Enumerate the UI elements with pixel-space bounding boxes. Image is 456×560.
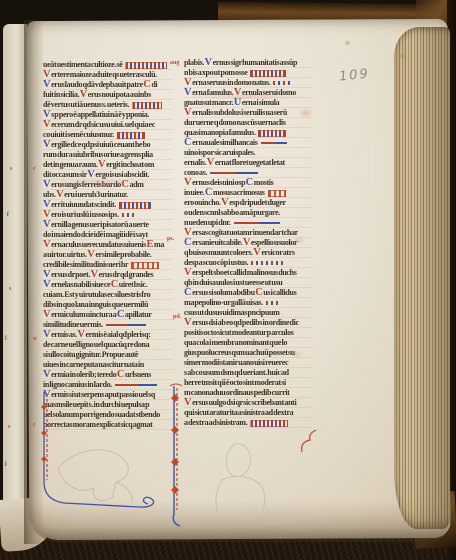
text-segment: ersus uulgo dsi qr sic scribebant anti: [192, 398, 296, 407]
margin-mark: c: [33, 166, 36, 172]
manuscript-line: credibile similitudinis ueri hr: [43, 260, 173, 270]
line-filler-ornament: [125, 62, 167, 69]
manuscript-line: Versas cogitat uotamr inuendar tchar: [184, 228, 312, 238]
manuscript-line: ero ouincho. Vesp dr ipudet duger: [184, 198, 312, 208]
text-segment: cono as.: [184, 168, 207, 177]
text-segment: quasi manopia famulus.: [184, 128, 255, 137]
line-filler-ornament: [273, 81, 293, 85]
manuscript-line: do i maiendo dcie idē i magii idē i sayt: [43, 230, 173, 240]
manuscript-line: simer modii stanir uano uisi reuerec: [184, 358, 312, 368]
manuscript-line: dibs in quo lana innguis que uermilū: [43, 300, 173, 310]
manuscript-line: gius puolucreus qsm uachuū posset su: [184, 348, 312, 358]
manuscript-line: qb in duisa uulos i ust ueesse ut usu: [184, 278, 312, 288]
manuscript-line: qua cola i membra nominant q ue lo: [184, 338, 312, 348]
line-filler-ornament: [131, 262, 159, 269]
text-segment: herre tmsit q ii ē octo sint moderat si: [184, 378, 286, 387]
colored-initial: C: [121, 180, 129, 190]
text-segment: ernelas nabili siue ce: [51, 280, 111, 289]
text-segment: erus ungis ferreis burdo: [51, 180, 121, 189]
faint-sketch-figure: [204, 440, 276, 516]
manuscript-line: ma pepolino-ur gallā uisas.: [184, 298, 312, 308]
text-segment: q buisos muunt coloers.: [184, 248, 253, 257]
text-segment: ertere maioze ad uite qs ueterasculū.: [51, 70, 157, 79]
colored-initial: C: [246, 178, 254, 188]
line-filler-ornament: [115, 384, 157, 386]
text-segment: in uiee.: [184, 188, 205, 197]
text-segment: ernus deis uini osp: [192, 178, 246, 187]
text-segment: espellio usuolor: [251, 238, 297, 247]
manuscript-line: n bis a xpo ut pom osse: [184, 68, 312, 78]
colored-initial: V: [43, 280, 51, 290]
text-segment: ermis as.: [51, 330, 77, 339]
text-segment: n ueden upi dnr.: [184, 218, 231, 227]
manuscript-line: similitudine uermis.: [43, 320, 173, 330]
colored-initial: V: [43, 120, 51, 130]
text-segment: ersimile probabile.: [95, 250, 151, 259]
colored-initial: V: [234, 88, 242, 98]
colored-initial: V: [80, 90, 88, 100]
text-segment: qui sicut aratur ita a sinistra ad dextr…: [184, 408, 293, 417]
text-segment: ero is uri uslū i ussos ips.: [51, 210, 119, 219]
text-segment: ernauale similhancais: [192, 138, 257, 147]
colored-initial: V: [43, 330, 51, 340]
manuscript-line: si ullo coitu gignitur. Propue autē: [43, 350, 173, 360]
manuscript-line: csus ut dusus uidimas pncipuum: [184, 308, 312, 318]
photograph-of-manuscript-opening: { "page": { "folio_number_pencil": "109"…: [0, 0, 456, 560]
text-segment: ernula serui domo: [242, 88, 296, 97]
manuscript-line: Vero is uri uslū i ussos ips.: [43, 210, 173, 220]
text-segment: qb in duisa uulos i ust ueesse ut usu: [184, 278, 282, 287]
manuscript-line: positis octo sicut modeantur p arculos: [184, 328, 312, 338]
colored-initial: V: [43, 270, 51, 280]
text-segment: ergo is usi abscidit.: [95, 170, 149, 179]
text-segment: ermis ē aial qd plerisq:: [86, 330, 151, 339]
manuscript-line: herre tmsit q ii ē octo sint moderat si: [184, 378, 312, 388]
colored-initial: V: [243, 238, 251, 248]
margin-mark: ſ: [7, 212, 9, 218]
text-segment: mostis: [254, 178, 274, 187]
manuscript-line: Versus dr poet. Verus dr qd grandes: [43, 270, 173, 280]
text-segment: ernilla genus ueri pisatorū a uerte: [51, 220, 149, 229]
text-segment: det in genua raum.: [43, 160, 98, 169]
text-segment: desp a scuo cōp i ustus.: [184, 258, 248, 267]
text-segment: ergit inchoat om: [106, 160, 154, 169]
manuscript-line: Versus dsi ab eo qd pedibs in ordine dic: [184, 318, 312, 328]
manuscript-line: uino ispor sic aruispales.: [184, 148, 312, 158]
text-segment: si ullo coitu gignitur. Propue autē: [43, 350, 138, 359]
manuscript-line: Vernelas nabili siue ce Cuiret bsic.: [43, 280, 173, 290]
manuscript-line: det in genua raum. Vergit inchoat om: [43, 160, 173, 170]
line-filler-ornament: [261, 142, 287, 144]
text-segment: cuiam. Est y uirutulas ec siluestris fro: [43, 290, 150, 299]
manuscript-line: m canonaduu ordinaus pedib currit: [184, 388, 312, 398]
colored-initial: C: [205, 188, 213, 198]
text-segment: a uirtor. uirtus.: [43, 250, 87, 259]
text-segment: erus noui pota a uinbs: [88, 90, 151, 99]
colored-initial: C: [184, 288, 192, 298]
manuscript-line: Vernaculus uerecundatus uiuenis Ema: [43, 240, 173, 250]
text-segment: urlsuens: [125, 370, 151, 379]
line-filler-ornament: [117, 132, 145, 139]
manuscript-line: fuit in sicilia. Verus noui pota a uinbs: [43, 90, 173, 100]
text-segment: ersanie uitcabile.: [192, 238, 243, 247]
text-segment: ernus sigr humanitatis assūp: [213, 58, 297, 67]
colored-initial: V: [43, 240, 51, 250]
text-segment: errit uiuundat scindit.: [51, 200, 116, 209]
text-segment: eru i uerub3 urinatur.: [64, 190, 128, 199]
text-segment: erus dr qd grandes: [99, 270, 154, 279]
margin-mark: pd.: [173, 314, 181, 320]
manuscript-line: ueāt uestimenta cultioze. sē: [43, 60, 173, 70]
text-segment: positis octo sicut modeantur p arculos: [184, 328, 294, 337]
margin-mark: ps.: [167, 236, 174, 242]
text-segment: ueāt uestimenta cultioze. sē: [43, 60, 122, 69]
text-segment: ernat floret uegetat letat: [215, 158, 285, 167]
text-segment: csus ut dusus uidimas pncipuum: [184, 308, 279, 317]
text-segment: de carne uel ligno uel quacūq re dona: [43, 340, 149, 349]
text-segment: ecerum dr qd sic usu uiui. uel quia ec: [51, 120, 155, 129]
text-segment: uino ispor sic aruispales.: [184, 148, 255, 157]
pen-flourish-right-column-tail: [294, 428, 322, 454]
text-segment: s p pero ē appellatiui nā ē y pponia.: [51, 110, 149, 119]
manuscript-line: o uden scnnl sabbo amā purgare.: [184, 208, 312, 218]
text-segment: a dextra ad sinistram.: [184, 418, 247, 427]
manuscript-line: rum dur a uiubribus oriue a grens plia: [43, 150, 173, 160]
manuscript-line: Vernalis subdolus i seruilis ua serū: [184, 108, 312, 118]
manuscript-line: Vernus deis uini osp Cmostis: [184, 178, 312, 188]
manuscript-line: de carne uel ligno uel quacūq re dona: [43, 340, 173, 350]
manuscript-line: a dextra ad sinistram.: [184, 418, 312, 428]
fore-edge-page-stack: [394, 27, 450, 529]
manuscript-line: Verspelt sboet callid malinosus duchs: [184, 268, 312, 278]
text-segment: do i maiendo dcie idē i magii idē i sayt: [43, 230, 148, 239]
text-segment: erna seruus in domo natus.: [192, 78, 270, 87]
manuscript-line: Vermiculum uinctura a Capillatur: [43, 310, 173, 320]
text-segment: dibs in quo lana innguis que uermilū: [43, 300, 148, 309]
text-column-right: plabis. Vernus sigr humanitatis assūpn b…: [184, 58, 312, 430]
colored-initial: V: [43, 220, 51, 230]
manuscript-line: cuiam. Est y uirutulas ec siluestris fro: [43, 290, 173, 300]
line-filler-ornament: [122, 213, 136, 217]
pencil-folio-number: 109: [338, 66, 370, 84]
text-segment: ma pepolino-ur gallā uisas.: [184, 298, 263, 307]
text-segment: qua cola i membra nominant q ue lo: [184, 338, 287, 347]
text-segment: uiues in carne puta nascitur nata in: [43, 360, 144, 369]
colored-initial: C: [111, 280, 119, 290]
colored-initial: V: [184, 88, 192, 98]
text-segment: similitudine uermis.: [43, 320, 103, 329]
manuscript-line: in ligno camius in lardo.: [43, 380, 173, 390]
manuscript-line: desp a scuo cōp i ustus.: [184, 258, 312, 268]
text-segment: in ligno camius in lardo.: [43, 380, 112, 389]
manuscript-line: Vermis as. Vermis ē aial qd plerisq:: [43, 330, 173, 340]
text-segment: ero ouincho.: [184, 198, 221, 207]
colored-initial: V: [43, 310, 51, 320]
manuscript-line: ubs. Veru i uerub3 urinatur.: [43, 190, 173, 200]
line-filler-ornament: [106, 324, 146, 326]
text-segment: co uiuit i semē cuiusmur.: [43, 130, 114, 139]
colored-initial: V: [43, 370, 51, 380]
text-segment: dit occasum sir: [43, 170, 87, 179]
text-segment: uiret bsic.: [119, 280, 148, 289]
text-segment: credibile similitudinis ueri hr: [43, 260, 128, 269]
manuscript-line: Cersanie uitcabile. Vespellio usuolor: [184, 238, 312, 248]
manuscript-line: plabis. Vernus sigr humanitatis assūp: [184, 58, 312, 68]
manuscript-line: Vertere maioze ad uite qs ueterasculū.: [43, 70, 173, 80]
manuscript-line: ernalis. Vernat floret uegetat letat: [184, 158, 312, 168]
manuscript-line: dit occasum sir Vergo is usi abscidit.: [43, 170, 173, 180]
manuscript-line: Vs p pero ē appellatiui nā ē y pponia.: [43, 110, 173, 120]
text-segment: s ab co usum dsm qd ueriant. huic ad: [184, 368, 289, 377]
manuscript-line: s ab co usum dsm qd ueriant. huic ad: [184, 368, 312, 378]
text-segment: ersas cogitat uotamr inuendar tchar: [192, 228, 298, 237]
faint-sketch-animal: [50, 438, 165, 510]
manuscript-line: co uiuit i semē cuiusmur.: [43, 130, 173, 140]
manuscript-line: Cersus si solum abdibu Cus i callidus: [184, 288, 312, 298]
colored-initial: V: [184, 228, 192, 238]
colored-initial: V: [43, 70, 51, 80]
colored-initial: U: [234, 98, 242, 108]
colored-initial: C: [184, 138, 192, 148]
line-filler-ornament: [250, 420, 288, 427]
text-segment: m canonaduu ordinaus pedib currit: [184, 388, 289, 397]
text-segment: ernalis subdolus i seruilis ua serū: [192, 108, 287, 117]
text-segment: plabis.: [184, 58, 204, 67]
text-segment: ergilie dce qd psi uiuū ceuant he bo: [51, 140, 150, 149]
colored-initial: V: [184, 268, 192, 278]
manuscript-line: Versus uulgo dsi qr sic scribebant anti: [184, 398, 312, 408]
pencil-small-mark: 10: [399, 53, 408, 61]
text-segment: ermia in olerib; teredo: [51, 370, 117, 379]
colored-initial: V: [43, 140, 51, 150]
manuscript-line: dē vertus ut iā uenus s. ueteris.: [43, 100, 173, 110]
colored-initial: V: [43, 200, 51, 210]
text-segment: mosus acrimosus: [213, 188, 265, 197]
margin-mark: s: [8, 424, 10, 430]
manuscript-line: Vecerum dr qd sic usu uiui. uel quia ec: [43, 120, 173, 130]
line-filler-ornament: [119, 202, 151, 209]
colored-initial: V: [43, 80, 51, 90]
manuscript-line: in uiee. Cmosus acrimosus: [184, 188, 312, 198]
colored-initial: V: [207, 158, 215, 168]
text-segment: fuit in sicilia.: [43, 90, 80, 99]
manuscript-line: a uirtor. uirtus. Versimile probabile.: [43, 250, 173, 260]
line-filler-ornament: [266, 301, 278, 305]
text-column-left: ueāt uestimenta cultioze. sēVertere maio…: [43, 60, 173, 432]
line-filler-ornament: [268, 190, 286, 197]
manuscript-line: Vernilla genus ueri pisatorū a uerte: [43, 220, 173, 230]
text-segment: di: [151, 80, 157, 89]
colored-initial: V: [184, 178, 192, 188]
manuscript-line: Vermia in olerib; teredo Curlsuens: [43, 370, 173, 380]
line-filler-ornament: [251, 261, 283, 265]
colored-initial: V: [204, 58, 212, 68]
manuscript-line: q buisos muunt coloers. Versicor atrs: [184, 248, 312, 258]
manuscript-line: n ueden upi dnr.: [184, 218, 312, 228]
text-segment: dur uerne q domo nascūs uernaclis: [184, 118, 286, 127]
text-segment: gnatus ut mancr.: [184, 98, 234, 107]
colored-initial: C: [117, 310, 125, 320]
colored-initial: V: [184, 108, 192, 118]
line-filler-ornament: [132, 102, 162, 109]
line-filler-ornament: [210, 172, 258, 174]
manuscript-line: Verna famulus. Vernula serui domo: [184, 88, 312, 98]
colored-initial: V: [43, 110, 51, 120]
text-segment: o uden scnnl sabbo amā purgare.: [184, 208, 280, 217]
manuscript-line: quasi manopia famulus.: [184, 128, 312, 138]
text-segment: ersus si solum abdibu: [192, 288, 255, 297]
margin-mark: s: [9, 286, 11, 292]
colored-initial: V: [91, 270, 99, 280]
text-segment: ersus dr poet.: [51, 270, 90, 279]
colored-initial: V: [184, 318, 192, 328]
text-segment: ermiculum uinctura a: [51, 310, 117, 319]
margin-mark: ſ: [5, 462, 7, 468]
colored-initial: C: [184, 238, 192, 248]
line-filler-ornament: [234, 222, 280, 224]
manuscript-line: uiues in carne puta nascitur nata in: [43, 360, 173, 370]
colored-initial: V: [56, 190, 64, 200]
colored-initial: C: [117, 370, 125, 380]
manuscript-line: dur uerne q domo nascūs uernaclis: [184, 118, 312, 128]
text-segment: ubs.: [43, 190, 56, 199]
text-segment: ernalis.: [184, 158, 207, 167]
text-segment: dē vertus ut iā uenus s. ueteris.: [43, 100, 129, 109]
manuscript-line: Verus ungis ferreis burdo Cadm: [43, 180, 173, 190]
text-segment: erna i simula: [242, 98, 280, 107]
manuscript-line: cono as.: [184, 168, 312, 178]
text-segment: n bis a xpo ut pom osse: [184, 68, 247, 77]
line-filler-ornament: [250, 70, 286, 77]
text-segment: erspelt sboet callid malinosus duchs: [192, 268, 296, 277]
manuscript-line: Vergilie dce qd psi uiuū ceuant he bo: [43, 140, 173, 150]
margin-mark: s: [10, 166, 12, 172]
pen-flourish-gutter-descender: [164, 382, 190, 532]
margin-mark: aug: [170, 60, 179, 66]
text-segment: gius puolucreus qsm uachuū posset su: [184, 348, 295, 357]
margin-mark: w: [33, 336, 37, 342]
text-segment: rum dur a uiubribus oriue a grens plia: [43, 150, 153, 159]
text-segment: adm: [130, 180, 144, 189]
manuscript-line: Verrit uiuundat scindit.: [43, 200, 173, 210]
manuscript-line: qui sicut aratur ita a sinistra ad dextr…: [184, 408, 312, 418]
margin-mark: ſ: [5, 336, 7, 342]
colored-initial: E: [147, 240, 155, 250]
text-segment: erus laudo qdā vdepbauit patre: [51, 80, 143, 89]
manuscript-line: gnatus ut mancr. Uerna i simula: [184, 98, 312, 108]
colored-initial: V: [98, 160, 106, 170]
colored-initial: V: [77, 330, 85, 340]
text-segment: ernaculus uerecundatus uiuenis: [51, 240, 146, 249]
colored-initial: V: [43, 210, 51, 220]
text-segment: simer modii stanir uano uisi reuerec: [184, 358, 288, 367]
manuscript-line: Verus laudo qdā vdepbauit patre Cdi: [43, 80, 173, 90]
text-segment: apillatur: [125, 310, 152, 319]
text-segment: us i callidus: [263, 288, 296, 297]
colored-initial: V: [43, 180, 51, 190]
text-segment: ma: [154, 240, 164, 249]
manuscript-line: Verna seruus in domo natus.: [184, 78, 312, 88]
manuscript-line: Cernauale similhancais: [184, 138, 312, 148]
text-segment: ersus dsi ab eo qd pedibs in ordine dic: [192, 318, 299, 327]
text-segment: erna famulus.: [192, 88, 234, 97]
line-filler-ornament: [258, 130, 286, 137]
colored-initial: V: [184, 78, 192, 88]
text-segment: ersicor atrs: [261, 248, 294, 257]
text-segment: esp dr ipudet duger: [229, 198, 286, 207]
